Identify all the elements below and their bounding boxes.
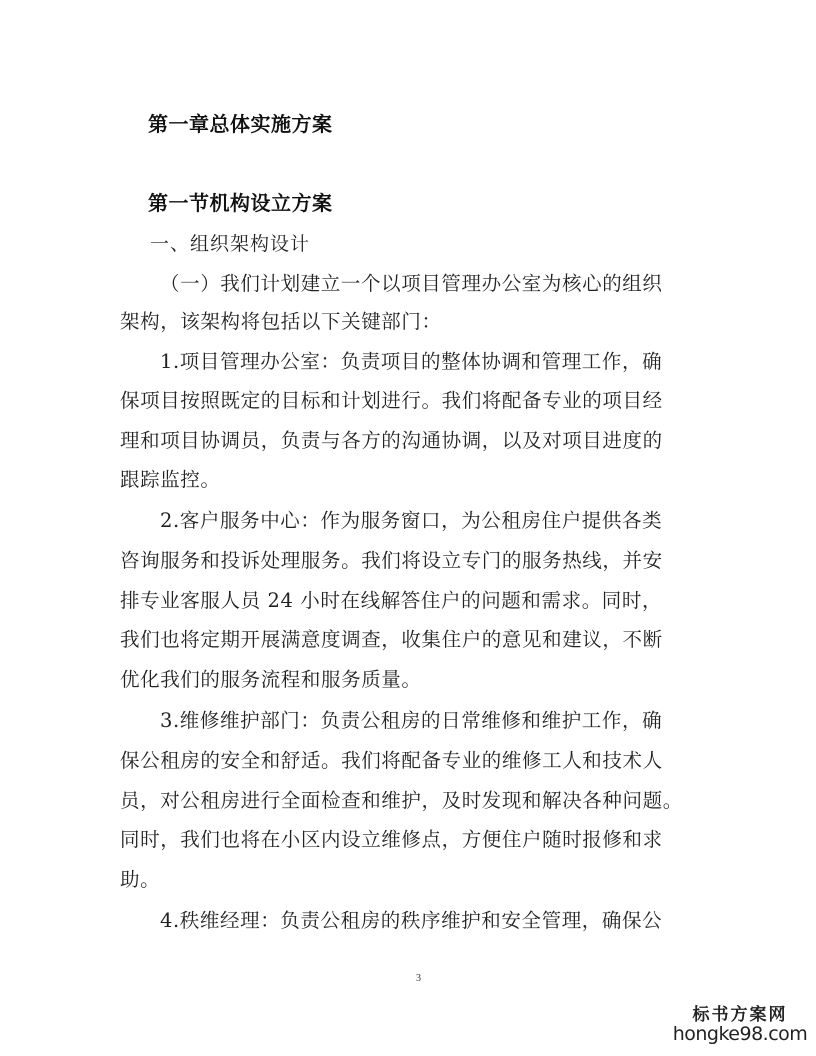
text-line: 优化我们的服务流程和服务质量。	[120, 664, 422, 692]
watermark-url: hongke98.com	[665, 1023, 815, 1045]
text-line: 保公租房的安全和舒适。我们将配备专业的维修工人和技术人	[120, 745, 663, 773]
text-line: 3.维修维护部门：负责公租房的日常维修和维护工作，确	[160, 705, 662, 733]
text-line: 排专业客服人员 24 小时在线解答住户的问题和需求。同时，	[120, 585, 662, 613]
text-line: 助。	[120, 864, 160, 892]
text-line: 4.秩维经理：负责公租房的秩序维护和安全管理，确保公	[160, 905, 662, 933]
subheading: 一、组织架构设计	[150, 229, 310, 256]
document-page: 第一章总体实施方案 第一节机构设立方案 一、组织架构设计 （一）我们计划建立一个…	[0, 0, 816, 1056]
section-title: 第一节机构设立方案	[148, 187, 333, 216]
text-line: 员，对公租房进行全面检查和维护，及时发现和解决各种问题。	[120, 785, 683, 813]
text-line: 同时，我们也将在小区内设立维修点，方便住户随时报修和求	[120, 824, 663, 852]
text-line: 我们也将定期开展满意度调查，收集住户的意见和建议，不断	[120, 624, 663, 652]
text-line: 咨询服务和投诉处理服务。我们将设立专门的服务热线，并安	[120, 545, 663, 573]
text-line: 2.客户服务中心：作为服务窗口，为公租房住户提供各类	[160, 505, 662, 533]
text-line: 保项目按照既定的目标和计划进行。我们将配备专业的项目经	[120, 385, 663, 413]
watermark-name: 标书方案网	[665, 1000, 815, 1025]
watermark: 标书方案网 hongke98.com	[665, 1000, 815, 1045]
page-number: 3	[416, 973, 421, 984]
text-line: 1.项目管理办公室：负责项目的整体协调和管理工作，确	[160, 346, 662, 374]
text-line: 理和项目协调员，负责与各方的沟通协调，以及对项目进度的	[120, 425, 663, 453]
text-line: （一）我们计划建立一个以项目管理办公室为核心的组织	[160, 268, 663, 296]
text-line: 架构，该架构将包括以下关键部门：	[120, 306, 442, 334]
chapter-title: 第一章总体实施方案	[148, 108, 333, 137]
text-line: 跟踪监控。	[120, 464, 221, 492]
